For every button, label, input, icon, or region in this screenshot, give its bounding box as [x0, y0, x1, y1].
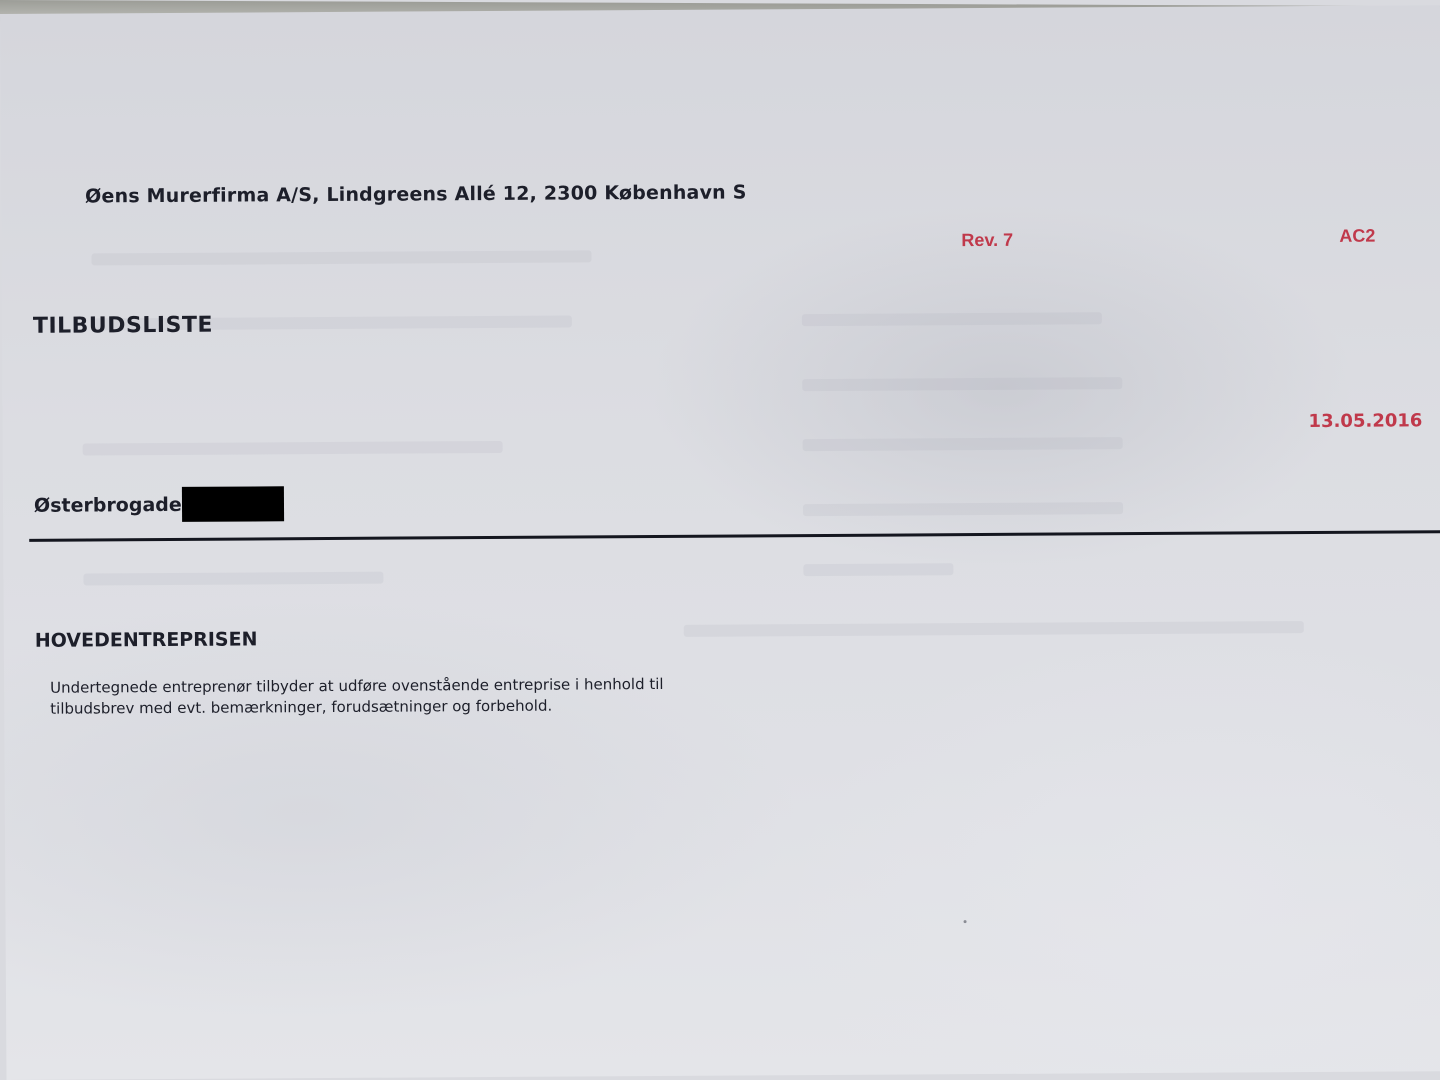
divider-rule	[29, 530, 1440, 542]
body-paragraph: Undertegnede entreprenør tilbyder at udf…	[50, 674, 664, 720]
document-page: Øens Murerfirma A/S, Lindgreens Allé 12,…	[0, 5, 1440, 1080]
street-name: Østerbrogade	[34, 493, 182, 516]
document-date: 13.05.2016	[1308, 410, 1422, 432]
section-heading: HOVEDENTREPRISEN	[35, 628, 258, 651]
body-line: tilbudsbrev med evt. bemærkninger, forud…	[50, 695, 664, 720]
redaction-box	[182, 486, 284, 522]
show-through	[684, 621, 1304, 637]
paper-speck	[964, 920, 967, 923]
show-through	[91, 250, 591, 265]
show-through	[803, 563, 953, 576]
show-through	[803, 502, 1123, 516]
show-through	[802, 312, 1102, 326]
show-through	[83, 572, 383, 586]
document-code: AC2	[1339, 226, 1375, 247]
body-line: Undertegnede entreprenør tilbyder at udf…	[50, 674, 664, 699]
company-address: Øens Murerfirma A/S, Lindgreens Allé 12,…	[85, 181, 747, 207]
project-address: Østerbrogade	[34, 486, 284, 523]
revision-label: Rev. 7	[961, 230, 1013, 251]
show-through	[803, 437, 1123, 451]
show-through	[83, 441, 503, 456]
show-through	[802, 377, 1122, 391]
document-title: TILBUDSLISTE	[33, 313, 213, 339]
